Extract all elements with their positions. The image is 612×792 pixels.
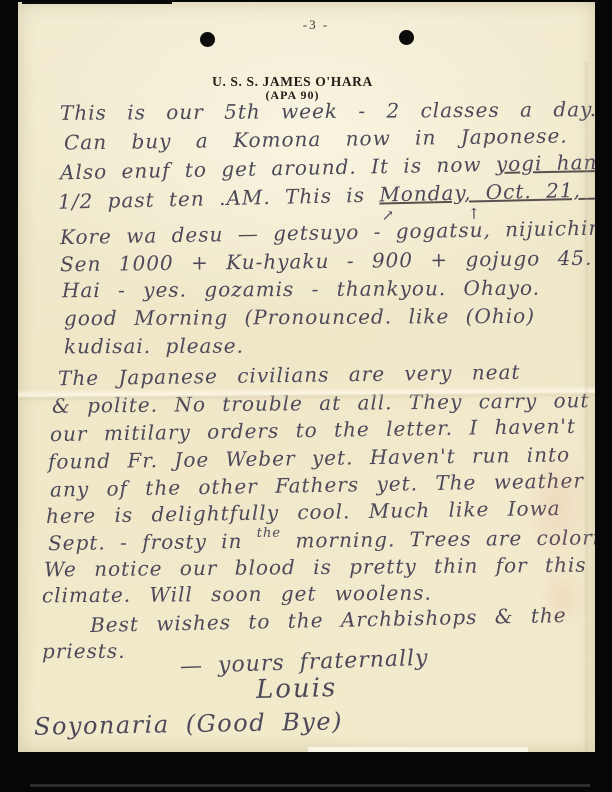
handwritten-line: priests. bbox=[42, 639, 126, 663]
postscript: Soyonaria (Good Bye) bbox=[34, 707, 343, 740]
line-text: Sept. - frosty in bbox=[48, 529, 257, 555]
line-text: The Japanese civilians are very neat bbox=[58, 360, 521, 390]
postscript-text: Soyonaria (Good Bye) bbox=[34, 707, 343, 740]
punch-hole-left bbox=[200, 32, 215, 47]
handwritten-line: Sen 1000 + Ku-hyaku - 900 + gojugo 45. bbox=[60, 246, 593, 277]
line-text: priests. bbox=[42, 639, 126, 663]
line-text: & polite. No trouble at all. They carry … bbox=[52, 388, 590, 418]
punch-hole-right bbox=[399, 30, 414, 45]
line-text: Also enuf to get around. It is now bbox=[60, 152, 496, 184]
handwritten-line: Hai - yes. gozamis - thankyou. Ohayo. bbox=[62, 276, 540, 303]
handwritten-line: The Japanese civilians are very neat bbox=[58, 360, 521, 390]
letter-paper: -3 - U. S. S. JAMES O'HARA (APA 90) This… bbox=[18, 2, 595, 752]
line-text: climate. Will soon get woolens. bbox=[42, 581, 432, 608]
scan-bottom-edge-highlight bbox=[308, 747, 528, 752]
handwritten-line: here is delightfully cool. Much like Iow… bbox=[46, 496, 561, 528]
handwritten-line: Kore wa desu — getsuyo - gogatsu, nijuic… bbox=[60, 215, 595, 249]
line-text: good Morning (Pronounced. like (Ohio) bbox=[64, 304, 535, 330]
handwritten-line: Can buy a Komona now in Japonese. bbox=[64, 123, 568, 154]
line-text: Hai - yes. gozamis - thankyou. Ohayo. bbox=[62, 276, 540, 303]
line-text: here is delightfully cool. Much like Iow… bbox=[46, 496, 561, 528]
line-text: We notice our blood is pretty thin for t… bbox=[44, 553, 587, 582]
signature-text: Louis bbox=[256, 673, 338, 705]
underlined-phrase: yogi han bbox=[496, 150, 595, 176]
handwritten-line: We notice our blood is pretty thin for t… bbox=[44, 553, 587, 582]
scanned-letter-page: { "document": { "page_number": "-3 -", "… bbox=[0, 0, 612, 792]
scan-top-edge bbox=[22, 2, 172, 4]
line-text: Sen 1000 + Ku-hyaku - 900 + gojugo 45. bbox=[60, 246, 593, 277]
line-text: Can buy a Komona now in Japonese. bbox=[64, 123, 568, 154]
line-text: This is our 5th week - 2 classes a day. bbox=[60, 97, 595, 125]
scanner-edge-line bbox=[30, 784, 590, 787]
line-text: morning. Trees are coloring. bbox=[295, 525, 595, 553]
line-text: 1/2 past ten .AM. This is bbox=[58, 183, 380, 214]
line-text: Best wishes to the Archbishops & the bbox=[90, 603, 567, 637]
signature: Louis bbox=[256, 673, 338, 705]
line-text: Kore wa desu — getsuyo - gogatsu, nijuic… bbox=[60, 215, 595, 249]
page-number: -3 - bbox=[296, 17, 336, 33]
underlined-date: Monday, Oct. 21, 1945. bbox=[379, 176, 595, 206]
handwritten-line: kudisai. please. bbox=[64, 334, 244, 359]
inserted-word: the bbox=[257, 526, 281, 541]
handwritten-line: This is our 5th week - 2 classes a day. bbox=[60, 97, 595, 125]
line-text: kudisai. please. bbox=[64, 334, 244, 359]
handwritten-line: & polite. No trouble at all. They carry … bbox=[52, 388, 590, 418]
insertion-arrow: ↗ bbox=[382, 206, 395, 224]
handwritten-line: our mitilary orders to the letter. I hav… bbox=[50, 414, 576, 446]
handwritten-line: Sept. - frosty in the morning. Trees are… bbox=[48, 525, 595, 555]
handwritten-line: Best wishes to the Archbishops & the bbox=[90, 603, 567, 637]
insertion-arrow: ↑ bbox=[468, 205, 481, 223]
handwritten-line: good Morning (Pronounced. like (Ohio) bbox=[64, 304, 535, 330]
handwritten-line: climate. Will soon get woolens. bbox=[42, 581, 432, 608]
line-text: our mitilary orders to the letter. I hav… bbox=[50, 414, 576, 446]
